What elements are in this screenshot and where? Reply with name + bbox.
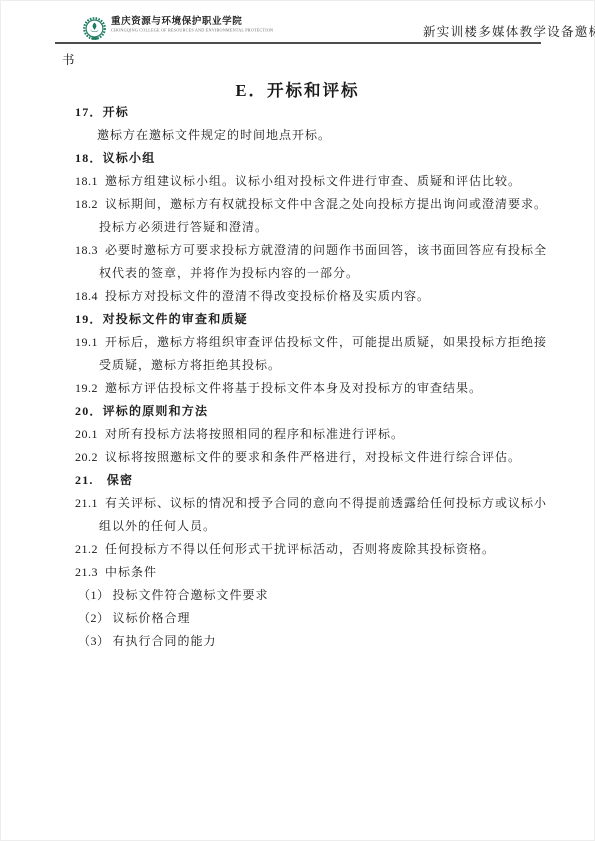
clause-number: 19.1 xyxy=(75,335,98,349)
clause-text: 任何投标方不得以任何形式干扰评标活动，否则将废除其投标资格。 xyxy=(105,542,495,556)
clause-number: 18.4 xyxy=(75,289,98,303)
clause-number: 21.3 xyxy=(75,565,98,579)
clause-text: 议标期间，邀标方有权就投标文件中含混之处向投标方提出询问或澄清要求。 投标方必须… xyxy=(99,197,547,234)
section-heading-20: 20．评标的原则和方法 xyxy=(75,400,562,423)
condition-text: 投标文件符合邀标文件要求 xyxy=(113,588,269,602)
clause-18-4: 18.4投标方对投标文件的澄清不得改变投标价格及实质内容。 xyxy=(75,285,562,308)
page-header: 重庆资源与环境保护职业学院 CHONGQING COLLEGE OF RESOU… xyxy=(55,16,541,44)
clause-text: 有关评标、议标的情况和授予合同的意向不得提前透露给任何投标方或议标小 组以外的任… xyxy=(99,496,547,533)
college-name-block: 重庆资源与环境保护职业学院 CHONGQING COLLEGE OF RESOU… xyxy=(111,16,423,37)
clause-18-3: 18.3必要时邀标方可要求投标方就澄清的问题作书面回答，该书面回答应有投标全 权… xyxy=(75,239,562,285)
clause-number: 19.2 xyxy=(75,381,98,395)
clause-text: 开标后，邀标方将组织审查评估投标文件，可能提出质疑，如果投标方拒绝接 受质疑，邀… xyxy=(99,335,547,372)
condition-item-1: （1）投标文件符合邀标文件要求 xyxy=(78,584,562,607)
page-title: E．开标和评标 xyxy=(0,77,595,101)
clause-21-1: 21.1有关评标、议标的情况和授予合同的意向不得提前透露给任何投标方或议标小 组… xyxy=(75,492,562,538)
clause-text: 议标将按照邀标文件的要求和条件严格进行，对投标文件进行综合评估。 xyxy=(105,450,521,464)
clause-number: 18.1 xyxy=(75,174,98,188)
clause-number: 18.2 xyxy=(75,197,98,211)
condition-number: （3） xyxy=(78,634,110,648)
college-name-cn: 重庆资源与环境保护职业学院 xyxy=(111,16,423,28)
clause-text: 投标方对投标文件的澄清不得改变投标价格及实质内容。 xyxy=(105,289,430,303)
clause-number: 18.3 xyxy=(75,243,98,257)
condition-text: 有执行合同的能力 xyxy=(113,634,217,648)
header-doc-title-wrap: 书 xyxy=(62,50,76,68)
clause-number: 20.1 xyxy=(75,427,98,441)
document-page: { "header": { "school_name_cn": "重庆资源与环境… xyxy=(0,0,595,841)
clause-number: 21.2 xyxy=(75,542,98,556)
section-heading-21: 21. 保密 xyxy=(75,469,562,492)
clause-21-2: 21.2任何投标方不得以任何形式干扰评标活动，否则将废除其投标资格。 xyxy=(75,538,562,561)
college-logo-icon xyxy=(83,17,106,41)
clause-18-2: 18.2议标期间，邀标方有权就投标文件中含混之处向投标方提出询问或澄清要求。 投… xyxy=(75,193,562,239)
clause-21-3: 21.3中标条件 xyxy=(75,561,562,584)
clause-19-1: 19.1开标后，邀标方将组织审查评估投标文件，可能提出质疑，如果投标方拒绝接 受… xyxy=(75,331,562,377)
college-name-en: CHONGQING COLLEGE OF RESOURCES AND ENVIR… xyxy=(111,28,422,33)
clause-19-2: 19.2邀标方评估投标文件将基于投标文件本身及对投标方的审查结果。 xyxy=(75,377,562,400)
document-body: 17．开标 邀标方在邀标文件规定的时间地点开标。 18．议标小组 18.1邀标方… xyxy=(75,101,562,653)
condition-number: （2） xyxy=(78,611,110,625)
clause-20-2: 20.2议标将按照邀标文件的要求和条件严格进行，对投标文件进行综合评估。 xyxy=(75,446,562,469)
clause-text: 邀标方评估投标文件将基于投标文件本身及对投标方的审查结果。 xyxy=(105,381,482,395)
clause-text: 邀标方组建议标小组。议标小组对投标文件进行审查、质疑和评估比较。 xyxy=(105,174,521,188)
condition-number: （1） xyxy=(78,588,110,602)
clause-number: 20.2 xyxy=(75,450,98,464)
condition-item-2: （2）议标价格合理 xyxy=(78,607,562,630)
clause-17-para: 邀标方在邀标文件规定的时间地点开标。 xyxy=(75,124,562,147)
section-heading-18: 18．议标小组 xyxy=(75,147,562,170)
clause-20-1: 20.1对所有投标方法将按照相同的程序和标准进行评标。 xyxy=(75,423,562,446)
header-doc-title: 新实训楼多媒体教学设备邀标 xyxy=(423,22,595,41)
section-heading-17: 17．开标 xyxy=(75,101,562,124)
clause-text: 对所有投标方法将按照相同的程序和标准进行评标。 xyxy=(105,427,404,441)
condition-item-3: （3）有执行合同的能力 xyxy=(78,630,562,653)
college-logo-block: 重庆资源与环境保护职业学院 CHONGQING COLLEGE OF RESOU… xyxy=(83,16,423,41)
clause-text: 必要时邀标方可要求投标方就澄清的问题作书面回答，该书面回答应有投标全 权代表的签… xyxy=(99,243,547,280)
clause-text: 中标条件 xyxy=(105,565,157,579)
section-heading-19: 19．对投标文件的审查和质疑 xyxy=(75,308,562,331)
clause-number: 21.1 xyxy=(75,496,98,510)
clause-18-1: 18.1邀标方组建议标小组。议标小组对投标文件进行审查、质疑和评估比较。 xyxy=(75,170,562,193)
condition-text: 议标价格合理 xyxy=(113,611,191,625)
